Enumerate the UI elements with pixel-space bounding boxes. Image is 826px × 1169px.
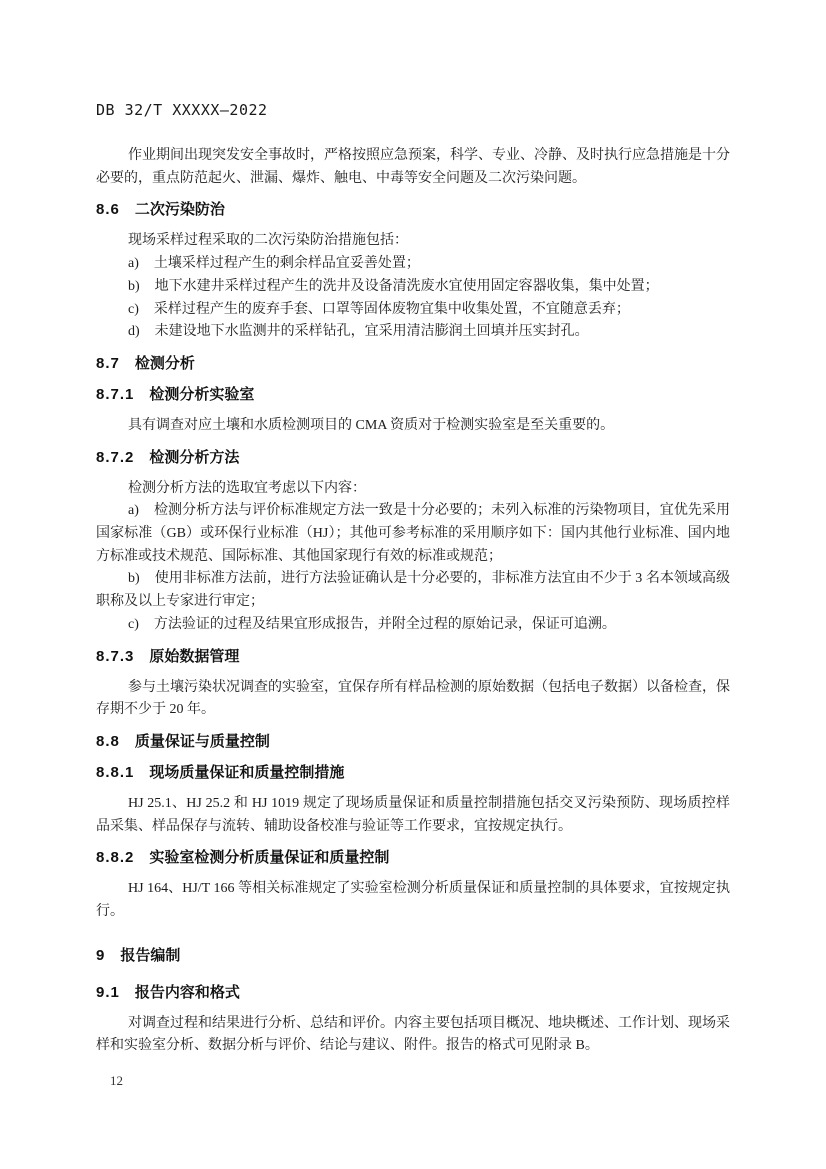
- list-item-label: b): [128, 279, 140, 294]
- heading-number: 8.7.3: [96, 648, 134, 665]
- heading-title: 报告内容和格式: [135, 984, 240, 1001]
- paragraph-8-7-3: 参与土壤污染状况调查的实验室，宜保存所有样品检测的原始数据（包括电子数据）以备检…: [96, 677, 730, 722]
- heading-8-8-2: 8.8.2实验室检测分析质量保证和质量控制: [96, 847, 730, 868]
- heading-number: 8.7.2: [96, 449, 134, 466]
- heading-number: 8.8.2: [96, 849, 134, 866]
- list-item-label: b): [128, 571, 140, 586]
- list-item-label: c): [128, 617, 139, 632]
- heading-8-7-3: 8.7.3原始数据管理: [96, 646, 730, 667]
- heading-number: 8.7: [96, 355, 120, 372]
- doc-code: DB 32/T XXXXX—2022: [96, 100, 730, 120]
- heading-number: 9: [96, 947, 105, 964]
- heading-number: 8.8: [96, 733, 120, 750]
- paragraph-8-7-2-intro: 检测分析方法的选取宜考虑以下内容：: [96, 478, 730, 501]
- page-number: 12: [110, 1073, 123, 1089]
- heading-8-8: 8.8质量保证与质量控制: [96, 731, 730, 752]
- list-item-label: c): [128, 302, 139, 317]
- heading-title: 现场质量保证和质量控制措施: [149, 764, 344, 781]
- heading-8-8-1: 8.8.1现场质量保证和质量控制措施: [96, 762, 730, 783]
- list-item-8-7-2-b: b)使用非标准方法前，进行方法验证确认是十分必要的，非标准方法宜由不少于 3 名…: [96, 568, 730, 613]
- heading-number: 9.1: [96, 984, 120, 1001]
- list-item-label: d): [128, 324, 140, 339]
- list-item-text: 使用非标准方法前，进行方法验证确认是十分必要的，非标准方法宜由不少于 3 名本领…: [96, 571, 730, 609]
- paragraph-8-8-1: HJ 25.1、HJ 25.2 和 HJ 1019 规定了现场质量保证和质量控制…: [96, 793, 730, 838]
- list-item-text: 方法验证的过程及结果宜形成报告，并附全过程的原始记录，保证可追溯。: [154, 617, 616, 632]
- list-item-8-7-2-c: c)方法验证的过程及结果宜形成报告，并附全过程的原始记录，保证可追溯。: [96, 614, 730, 637]
- list-item-8-6-d: d)未建设地下水监测井的采样钻孔，宜采用清洁膨润土回填并压实封孔。: [96, 321, 730, 344]
- list-item-text: 检测分析方法与评价标准规定方法一致是十分必要的；未列入标准的污染物项目，宜优先采…: [96, 503, 730, 563]
- list-item-text: 土壤采样过程产生的剩余样品宜妥善处置；: [154, 256, 420, 271]
- paragraph-8-6-intro: 现场采样过程采取的二次污染防治措施包括：: [96, 230, 730, 253]
- heading-title: 报告编制: [120, 947, 180, 964]
- heading-number: 8.8.1: [96, 764, 134, 781]
- document-body: 作业期间出现突发安全事故时，严格按照应急预案，科学、专业、冷静、及时执行应急措施…: [96, 145, 730, 1058]
- paragraph-8-7-1: 具有调查对应土壤和水质检测项目的 CMA 资质对于检测实验室是至关重要的。: [96, 415, 730, 438]
- page-header: DB 32/T XXXXX—2022: [96, 100, 730, 120]
- heading-number: 8.6: [96, 201, 120, 218]
- paragraph-9-1: 对调查过程和结果进行分析、总结和评价。内容主要包括项目概况、地块概述、工作计划、…: [96, 1013, 730, 1058]
- list-item-8-6-c: c)采样过程产生的废弃手套、口罩等固体废物宜集中收集处置，不宜随意丢弃；: [96, 299, 730, 322]
- paragraph-8-8-2: HJ 164、HJ/T 166 等相关标准规定了实验室检测分析质量保证和质量控制…: [96, 878, 730, 923]
- heading-title: 原始数据管理: [149, 648, 239, 665]
- document-page: DB 32/T XXXXX—2022 作业期间出现突发安全事故时，严格按照应急预…: [0, 0, 826, 1169]
- list-item-text: 未建设地下水监测井的采样钻孔，宜采用清洁膨润土回填并压实封孔。: [155, 324, 589, 339]
- list-item-8-6-a: a)土壤采样过程产生的剩余样品宜妥善处置；: [96, 253, 730, 276]
- paragraph-safety: 作业期间出现突发安全事故时，严格按照应急预案，科学、专业、冷静、及时执行应急措施…: [96, 145, 730, 190]
- heading-9: 9报告编制: [96, 945, 730, 966]
- list-item-text: 采样过程产生的废弃手套、口罩等固体废物宜集中收集处置，不宜随意丢弃；: [154, 302, 630, 317]
- heading-number: 8.7.1: [96, 386, 134, 403]
- heading-8-7-2: 8.7.2检测分析方法: [96, 447, 730, 468]
- list-item-label: a): [128, 503, 139, 518]
- heading-title: 二次污染防治: [135, 201, 225, 218]
- heading-8-7-1: 8.7.1检测分析实验室: [96, 384, 730, 405]
- heading-title: 实验室检测分析质量保证和质量控制: [149, 849, 389, 866]
- list-item-label: a): [128, 256, 139, 271]
- heading-title: 检测分析实验室: [149, 386, 254, 403]
- list-item-8-6-b: b)地下水建井采样过程产生的洗井及设备清洗废水宜使用固定容器收集，集中处置；: [96, 276, 730, 299]
- heading-8-7: 8.7检测分析: [96, 353, 730, 374]
- heading-title: 检测分析: [135, 355, 195, 372]
- list-item-8-7-2-a: a)检测分析方法与评价标准规定方法一致是十分必要的；未列入标准的污染物项目，宜优…: [96, 500, 730, 568]
- heading-title: 检测分析方法: [149, 449, 239, 466]
- heading-8-6: 8.6二次污染防治: [96, 199, 730, 220]
- list-item-text: 地下水建井采样过程产生的洗井及设备清洗废水宜使用固定容器收集，集中处置；: [155, 279, 659, 294]
- heading-9-1: 9.1报告内容和格式: [96, 982, 730, 1003]
- heading-title: 质量保证与质量控制: [135, 733, 270, 750]
